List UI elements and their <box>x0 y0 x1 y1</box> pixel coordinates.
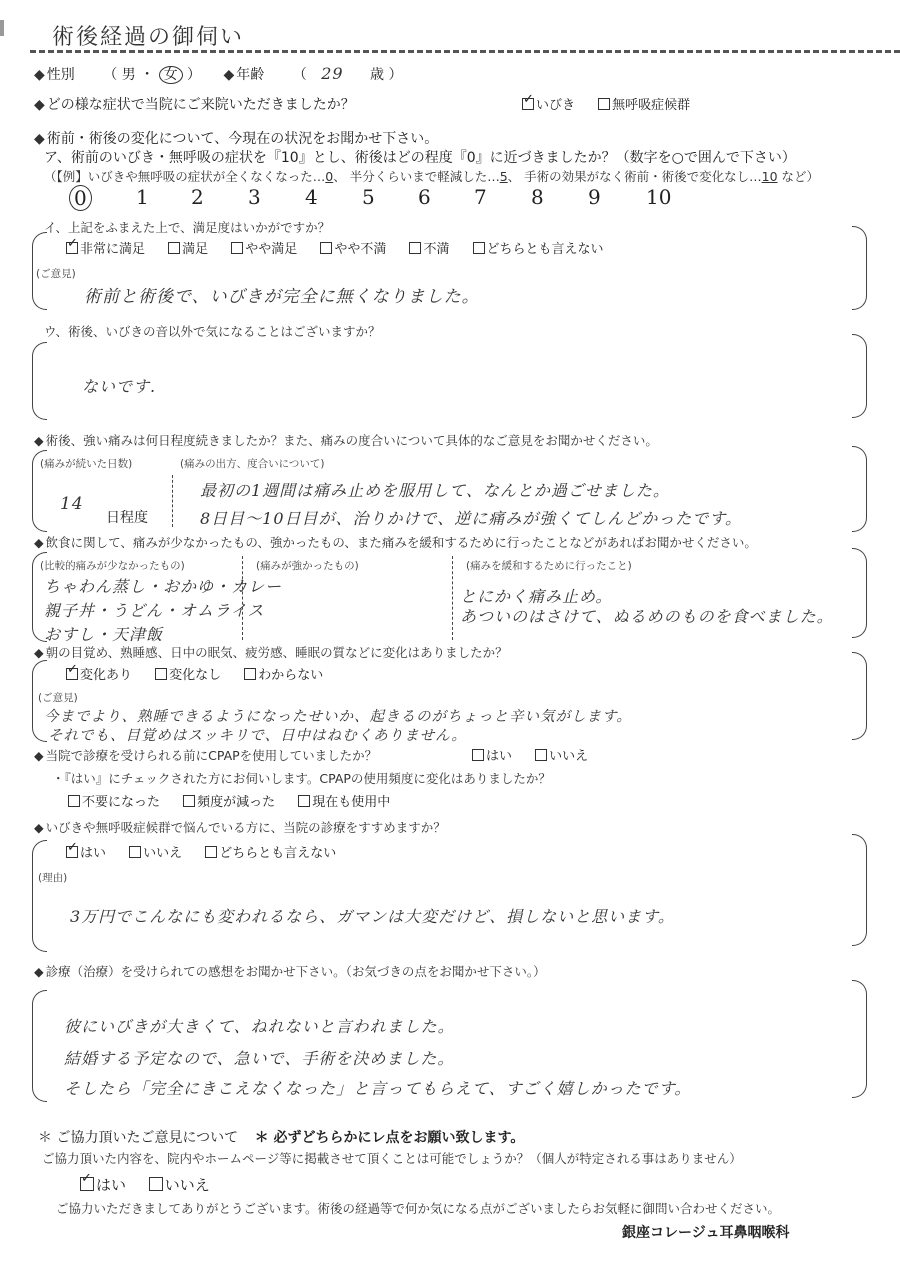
cpap-followup-options: 不要になった 頻度が減った 現在も使用中 <box>68 791 408 810</box>
satisfaction-frame-right <box>852 226 867 310</box>
impressions-question: 診療（治療）を受けられての感想をお聞かせ下さい。（お気づきの点をお聞かせ下さい。… <box>34 962 546 980</box>
satisfaction-somewhat-dissatisfied-checkbox[interactable]: やや不満 <box>320 238 386 257</box>
food-question: 飲食に関して、痛みが少なかったもの、強かったもの、また痛みを緩和するために行った… <box>34 533 757 551</box>
symptom-question: どの様な症状で当院にご来院いただきましたか？ <box>34 94 355 114</box>
other-concerns-answer[interactable]: ないです. <box>82 374 156 397</box>
satisfaction-neutral-checkbox[interactable]: どちらとも言えない <box>473 238 604 257</box>
consent-heading-right: ＊ 必ずどちらかにレ点をお願い致します。 <box>255 1130 525 1146</box>
pain-days-unit: 日程度 <box>106 507 148 527</box>
change-question: 術前・術後の変化について、今現在の状況をお聞かせ下さい。 <box>34 128 438 148</box>
checkbox-icon <box>183 795 195 807</box>
sleep-comment-label: (ご意見) <box>38 690 78 705</box>
scale-option-8[interactable]: 8 <box>531 185 544 209</box>
pain-detail-line-1[interactable]: 最初の1週間は痛み止めを服用して、なんとか過ごせました。 <box>200 478 670 501</box>
scale-option-6[interactable]: 6 <box>418 185 431 209</box>
food-less-pain-line-1[interactable]: ちゃわん蒸し・おかゆ・カレー <box>44 574 282 597</box>
scale-option-1[interactable]: 1 <box>136 185 149 209</box>
checkbox-icon <box>320 242 332 254</box>
sleep-changed-checkbox[interactable]: 変化あり <box>66 664 132 683</box>
pain-divider <box>172 475 173 527</box>
checkbox-icon <box>68 795 80 807</box>
change-example: （【例】いびきや無呼吸の症状が全くなくなった…0、 半分くらいまで軽減した…5、… <box>44 167 819 185</box>
checkbox-icon <box>472 749 484 761</box>
scale-option-5[interactable]: 5 <box>362 185 375 209</box>
consent-heading: ＊ ご協力頂いたご意見について ＊ 必ずどちらかにレ点をお願い致します。 <box>38 1127 524 1147</box>
checkbox-icon <box>598 98 610 110</box>
other-concerns-question: ウ、術後、いびきの音以外で気になることはございますか？ <box>44 322 381 340</box>
sleep-comment-line-1[interactable]: 今までより、熟睡できるようになったせいか、起きるのがちょっと辛い気がします。 <box>44 705 632 726</box>
pain-frame-right <box>852 446 867 532</box>
recommend-question: いびきや無呼吸症候群で悩んでいる方に、当院の診療をすすめますか？ <box>34 818 446 836</box>
food-relief-label: (痛みを緩和するために行ったこと) <box>466 558 632 573</box>
other-concerns-frame-right <box>852 334 867 418</box>
checkbox-icon <box>80 1177 94 1191</box>
checkbox-icon <box>66 242 78 254</box>
recommend-reason-label: (理由) <box>38 870 67 885</box>
impressions-frame-left <box>32 990 47 1102</box>
checkbox-icon <box>522 98 534 110</box>
checkbox-icon <box>155 668 167 680</box>
cpap-still-using-checkbox[interactable]: 現在も使用中 <box>298 791 390 810</box>
gender-label: 性別 <box>34 67 75 83</box>
food-less-pain-line-2[interactable]: 親子丼・うどん・オムライス <box>44 598 264 621</box>
recommend-options: はい いいえ どちらとも言えない <box>66 842 354 861</box>
sleep-frame-right <box>852 652 867 740</box>
change-prompt-a: ア、術前のいびき・無呼吸の症状を『10』とし、術後はどの程度『0』に近づきました… <box>44 147 796 167</box>
cpap-question: 当院で診療を受けられる前にCPAPを使用していましたか？ <box>34 746 377 764</box>
checkbox-icon <box>66 668 78 680</box>
scale-option-9[interactable]: 9 <box>588 185 601 209</box>
satisfaction-somewhat-satisfied-checkbox[interactable]: やや満足 <box>231 238 297 257</box>
recommend-neutral-checkbox[interactable]: どちらとも言えない <box>205 842 336 861</box>
pain-question: 術後、強い痛みは何日程度続きましたか？また、痛みの度合いについて具体的なご意見を… <box>34 431 658 449</box>
recommend-yes-checkbox[interactable]: はい <box>66 842 106 861</box>
sleep-comment-line-2[interactable]: それでも、目覚めはスッキリで、日中はねむくありません。 <box>48 724 467 745</box>
food-frame-right <box>852 548 867 638</box>
consent-no-checkbox[interactable]: いいえ <box>149 1174 210 1195</box>
recommend-frame-right <box>852 834 867 946</box>
impressions-frame-right <box>852 980 867 1098</box>
gender-age-row: 性別 （ 男 ・ 女 ） 年齢 （ 29 歳 ） <box>34 64 402 84</box>
satisfaction-satisfied-checkbox[interactable]: 満足 <box>168 238 208 257</box>
gender-male-option[interactable]: 男 <box>122 67 136 83</box>
form-title: 術後経過の御伺い <box>52 20 244 51</box>
scale-option-10[interactable]: 10 <box>646 185 671 209</box>
impressions-line-1[interactable]: 彼にいびきが大きくて、ねれないと言われました。 <box>64 1014 455 1037</box>
food-relief-line-2[interactable]: あついのはさけて、ぬるめのものを食べました。 <box>460 604 834 627</box>
checkbox-icon <box>129 846 141 858</box>
sleep-question: 朝の目覚め、熟睡感、日中の眠気、疲労感、睡眠の質などに変化はありましたか？ <box>34 643 508 661</box>
improvement-scale: 0 1 2 3 4 5 6 7 8 9 10 <box>0 185 900 213</box>
checkbox-icon <box>244 668 256 680</box>
pain-detail-label: (痛みの出方、度合いについて) <box>180 456 324 471</box>
recommend-reason[interactable]: 3万円でこんなにも変われるなら、ガマンは大変だけど、損しないと思います。 <box>70 904 675 927</box>
consent-yes-checkbox[interactable]: はい <box>80 1174 126 1195</box>
food-more-pain-label: (痛みが強かったもの) <box>256 558 359 573</box>
satisfaction-question: イ、上記をふまえた上で、満足度はいかがですか？ <box>44 218 330 236</box>
symptom-snoring-checkbox[interactable]: いびき <box>522 94 575 113</box>
checkbox-icon <box>298 795 310 807</box>
sleep-unknown-checkbox[interactable]: わからない <box>244 664 323 683</box>
food-less-pain-label: (比較的痛みが少なかったもの) <box>40 558 185 573</box>
satisfaction-very-satisfied-checkbox[interactable]: 非常に満足 <box>66 238 145 257</box>
cpap-options: はい いいえ <box>472 745 606 764</box>
sleep-options: 変化あり 変化なし わからない <box>66 664 341 683</box>
consent-thanks: ご協力いただきましてありがとうございます。術後の経過等で何か気になる点がございま… <box>56 1199 780 1217</box>
satisfaction-dissatisfied-checkbox[interactable]: 不満 <box>409 238 449 257</box>
checkbox-icon <box>205 846 217 858</box>
satisfaction-comment-label: (ご意見) <box>36 266 76 281</box>
gender-female-option[interactable]: 女 <box>159 66 183 84</box>
checkbox-icon <box>535 749 547 761</box>
consent-question: ご協力頂いた内容を、院内やホームページ等に掲載させて頂くことは可能でしょうか？（… <box>42 1149 742 1167</box>
cpap-no-checkbox[interactable]: いいえ <box>535 745 588 764</box>
age-field[interactable]: 29 <box>321 64 343 83</box>
cpap-unnecessary-checkbox[interactable]: 不要になった <box>68 791 160 810</box>
consent-heading-left: ＊ ご協力頂いたご意見について <box>38 1130 238 1146</box>
food-more-pain-field[interactable] <box>256 576 436 636</box>
cpap-followup-question: ・『はい』にチェックされた方にお伺いします。CPAPの使用頻度に変化はありました… <box>52 769 551 787</box>
age-label: 年齢 <box>224 67 265 83</box>
checkbox-icon <box>231 242 243 254</box>
symptom-options: いびき 無呼吸症候群 <box>522 94 708 113</box>
food-less-pain-line-3[interactable]: おすし・天津飯 <box>44 622 163 645</box>
scan-edge-mark <box>0 20 4 36</box>
impressions-line-3[interactable]: そしたら「完全にきこえなくなった」と言ってもらえて、すごく嬉しかったです。 <box>64 1076 691 1099</box>
recommend-frame-left <box>32 840 47 952</box>
pain-days-label: (痛みが続いた日数) <box>40 456 132 471</box>
satisfaction-comment[interactable]: 術前と術後で、いびきが完全に無くなりました。 <box>84 282 480 307</box>
symptom-apnea-checkbox[interactable]: 無呼吸症候群 <box>598 94 690 113</box>
checkbox-icon <box>409 242 421 254</box>
satisfaction-options: 非常に満足 満足 やや満足 やや不満 不満 どちらとも言えない <box>66 238 622 257</box>
checkbox-icon <box>473 242 485 254</box>
sleep-no-change-checkbox[interactable]: 変化なし <box>155 664 221 683</box>
checkbox-icon <box>149 1177 163 1191</box>
scale-option-4[interactable]: 4 <box>305 185 318 209</box>
cpap-yes-checkbox[interactable]: はい <box>472 745 512 764</box>
pain-days-field[interactable]: 14 <box>60 494 84 514</box>
cpap-reduced-checkbox[interactable]: 頻度が減った <box>183 791 275 810</box>
other-concerns-frame-left <box>32 342 47 420</box>
pain-detail-line-2[interactable]: 8日目～10日目が、治りかけで、逆に痛みが強くてしんどかったです。 <box>200 506 742 529</box>
checkbox-icon <box>66 846 78 858</box>
food-divider-1 <box>242 556 243 640</box>
scale-option-0[interactable]: 0 <box>69 185 92 211</box>
scale-option-7[interactable]: 7 <box>474 185 487 209</box>
scale-option-2[interactable]: 2 <box>191 185 204 209</box>
recommend-no-checkbox[interactable]: いいえ <box>129 842 182 861</box>
consent-options: はい いいえ <box>80 1174 228 1195</box>
food-divider-2 <box>452 556 453 640</box>
checkbox-icon <box>168 242 180 254</box>
title-divider <box>30 50 900 53</box>
scale-option-3[interactable]: 3 <box>248 185 261 209</box>
impressions-line-2[interactable]: 結婚する予定なので、急いで、手術を決めました。 <box>64 1046 454 1069</box>
clinic-name: 銀座コレージュ耳鼻咽喉科 <box>622 1222 789 1242</box>
